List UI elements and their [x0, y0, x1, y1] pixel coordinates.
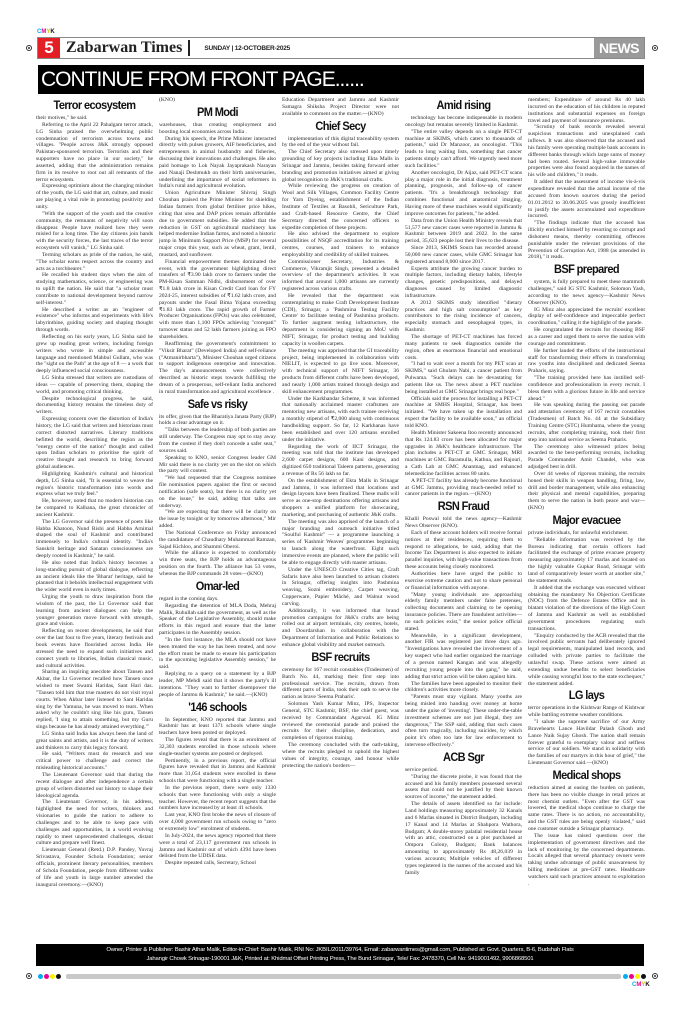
article-headline: Chief Secy [282, 120, 399, 133]
article-paragraph: Reflecting on recent developments, he sa… [36, 628, 153, 669]
article-paragraph: A PET-CT facility has already become fun… [405, 478, 522, 499]
article-headline: ACB Sgr [405, 752, 522, 765]
registration-mark-bottom-right [652, 973, 658, 979]
article-paragraph: "Many young individuals are approaching … [405, 592, 522, 633]
article-paragraph: He also advised the department to explor… [282, 231, 399, 258]
article-columns: Terror ecosystemtheir motives," he said.… [36, 97, 646, 933]
article-headline: LG lays [528, 690, 645, 703]
article-paragraph: He said, "Writers must do research and u… [36, 751, 153, 772]
section-tag: NEWS [594, 38, 644, 58]
article-paragraph: He also noted that India's history becom… [36, 560, 153, 594]
magenta-swatch [629, 974, 634, 979]
article-paragraph: "We are expecting that there will be cla… [159, 509, 276, 530]
cyan-swatch [38, 974, 43, 979]
article-paragraph: Additionally, it was informed that brand… [282, 608, 399, 649]
page-banner: CONTINUE FROM FRONT PAGE...... [38, 65, 644, 94]
registration-mark-top-left [26, 45, 32, 51]
article-paragraph: He was speaking during the passing out p… [528, 402, 645, 443]
article-headline: Terror ecosystem [36, 100, 153, 113]
article-paragraph: Union Agriculture Minister Shivraj Singh… [159, 190, 276, 258]
article-paragraph: Regarding the detention of MLA Doda, Meh… [159, 603, 276, 637]
article-paragraph: LG Sinha stressed that writers are custo… [36, 375, 153, 396]
article-paragraph: Health Minister Sakeena Itoo recently an… [405, 430, 522, 478]
article-headline: BSF recruits [282, 652, 399, 665]
article-paragraph: regard in the coming days. [159, 596, 276, 603]
cmyk-label-bottom: CMYK [632, 982, 650, 988]
article-paragraph: The ceremony concluded with the oath-tak… [282, 742, 399, 769]
article-paragraph: Over 44 weeks of rigorous training, the … [528, 471, 645, 512]
imprint-line-2: Jahangir Chowk Srinagar-190001 J&K, Prin… [36, 955, 644, 964]
article-paragraph: Each of these account holders will recei… [405, 530, 522, 571]
article-headline: Amid rising [405, 100, 522, 113]
article-paragraph: "We had requested that the Congress nomi… [159, 475, 276, 509]
registration-mark-bottom-left [26, 973, 32, 979]
article-paragraph: He, however, noted that no modern histor… [36, 498, 153, 519]
article-paragraph: "During the discrete probe, it was found… [405, 774, 522, 801]
article-paragraph: On the establishment of Ekta Malls in Sr… [282, 478, 399, 519]
article-paragraph: Replying to a query on a statement by a … [159, 671, 276, 698]
article-paragraph: Highlighting Kashmir's cultural and hist… [36, 471, 153, 498]
article-paragraph: Referring to the April 22 Pahalgam terro… [36, 122, 153, 184]
article-paragraph: While reviewing the progress on creation… [282, 183, 399, 231]
article-paragraph: technology has become indispensable in m… [405, 115, 522, 129]
cmyk-label-top: CMYK [37, 29, 55, 35]
black-swatch [56, 974, 61, 979]
article-headline: Major evacuee [528, 515, 645, 528]
article-paragraph: In July-2024, the news agency reported t… [159, 833, 276, 860]
article-headline: BSF prepared [528, 264, 645, 277]
article-paragraph: Lieutenant General (Retd.) D.P. Pandey, … [36, 847, 153, 888]
article-paragraph: The National Conference on Friday announ… [159, 530, 276, 551]
imprint-line-1: Owner, Printer & Publisher: Bashir Athar… [36, 946, 644, 955]
article-paragraph: its offer, given that the Bharatiya Jana… [159, 414, 276, 428]
column-2: (KNO)PM Modiwarehouses, thus creating em… [159, 97, 276, 933]
article-paragraph: ceremony for 167 recruit constables (Tra… [282, 667, 399, 701]
article-paragraph: The figures reveal that there is an enro… [159, 737, 276, 758]
color-bar-right [623, 974, 647, 979]
article-paragraph: "I had to wait over a month for my PET s… [405, 361, 522, 395]
article-paragraph: Terming scholars as pride of the nation,… [36, 252, 153, 273]
article-paragraph: A 2012 SKIMS study identified "dietary p… [405, 300, 522, 334]
article-paragraph: During his speech, the Prime Minister in… [159, 136, 276, 191]
article-paragraph: Pertinently, in a previous report, the o… [159, 758, 276, 785]
article-paragraph: Despite repeated calls, Secretary, Schoo… [159, 860, 276, 867]
article-paragraph: Expressing optimism about the changing m… [36, 183, 153, 210]
article-headline: Safe vs risky [159, 398, 276, 411]
article-paragraph: Experts attribute the growing cancer bur… [405, 266, 522, 300]
article-paragraph: The families have been appealed to monit… [405, 681, 522, 695]
article-paragraph: While the alliance is expected to comfor… [159, 550, 276, 577]
article-paragraph: Solomon Yash Kumar Minz, IPS, Inspector … [282, 701, 399, 742]
article-paragraph: He revealed that the department was cont… [282, 293, 399, 348]
article-paragraph: Financial empowerment themes dominated t… [159, 259, 276, 341]
grey-strip [66, 974, 621, 979]
article-paragraph: Urging the youth to draw inspiration fro… [36, 594, 153, 628]
article-paragraph: IG Minz also appreciated the recruits' e… [528, 307, 645, 328]
article-paragraph: The meeting was also apprised of the lau… [282, 519, 399, 567]
article-paragraph: Under the Karkhandar Scheme, it was info… [282, 396, 399, 444]
article-paragraph: (KNO) [159, 97, 276, 104]
article-paragraph: "The training provided here has instille… [528, 375, 645, 402]
article-paragraph: "The entire valley depends on a single P… [405, 129, 522, 170]
article-paragraph: He further lauded the efforts of the ins… [528, 348, 645, 375]
article-paragraph: The ceremony also witnessed prizes being… [528, 444, 645, 471]
article-paragraph: Speaking to KNO, senior Congress leader … [159, 455, 276, 476]
article-paragraph: Last year, KNO first broke the news of c… [159, 812, 276, 833]
article-paragraph: The details of assets identified so far … [405, 801, 522, 876]
article-paragraph: implementation of this digital traceabil… [282, 136, 399, 150]
column-3: Education Department and Jammu and Kashm… [282, 97, 399, 933]
article-paragraph: "Reliable information was received by th… [528, 537, 645, 585]
article-paragraph: LG Sinha said India has always been the … [36, 731, 153, 752]
article-paragraph: The meeting was apprised that the GI tra… [282, 348, 399, 396]
article-paragraph: Expressing concern over the distortion o… [36, 416, 153, 471]
article-paragraph: He recalled his student days when the ai… [36, 272, 153, 306]
article-headline: '146 schools [159, 701, 276, 714]
paper-name: Zabarwan Times [60, 40, 190, 56]
article-paragraph: Authorities here have urged the public t… [405, 571, 522, 592]
article-paragraph: Regarding the work of IICT Srinagar, the… [282, 444, 399, 478]
article-paragraph: Another oncologist, Dr Aijaz, said PET-C… [405, 170, 522, 218]
article-headline: PM Modi [159, 107, 276, 120]
article-paragraph: "Talks between the leadership of both pa… [159, 427, 276, 454]
article-paragraph: "Parents must stay vigilant. Many youths… [405, 694, 522, 749]
color-bar-left [38, 974, 62, 979]
article-paragraph: The Lieutenant Governor, in his address,… [36, 799, 153, 847]
article-paragraph: warehouses, thus creating employment and… [159, 122, 276, 136]
article-headline: Omar-led [159, 581, 276, 594]
article-paragraph: "The findings indicate that the accused … [528, 220, 645, 261]
article-paragraph: In September, KNO reported that Jammu an… [159, 717, 276, 738]
article-paragraph: Education Department and Jammu and Kashm… [282, 97, 399, 118]
article-paragraph: members; Expenditure of around Rs 40 lak… [528, 97, 645, 124]
article-paragraph: "Enquiry conducted by the ACB revealed t… [528, 633, 645, 688]
article-paragraph: The Chief Secretary also stressed upon t… [282, 149, 399, 183]
article-paragraph: It added that the exchange was executed … [528, 585, 645, 633]
black-swatch [641, 974, 646, 979]
article-paragraph: Khalil Poswal told the news agency—Kashm… [405, 516, 522, 530]
page-number: 5 [38, 38, 60, 58]
dateline: SUNDAY | 12-OCTOBER-2025 [190, 38, 594, 58]
article-paragraph: "Scrutiny of bank records revealed sever… [528, 124, 645, 179]
article-paragraph: terror operations in the Kishtwar Range … [528, 705, 645, 719]
article-paragraph: "With the support of the youth and the c… [36, 211, 153, 252]
article-paragraph: reduction aimed at easing the burden on … [528, 785, 645, 833]
registration-mark-top-right [652, 45, 658, 51]
article-paragraph: He congratulated the recruits for choosi… [528, 327, 645, 348]
article-headline: RSN Fraud [405, 501, 522, 514]
article-paragraph: The issue has raised questions over the … [528, 833, 645, 888]
column-1: Terror ecosystemtheir motives," he said.… [36, 97, 153, 933]
cyan-swatch [623, 974, 628, 979]
article-paragraph: It added that the assessment of income v… [528, 179, 645, 220]
article-paragraph: Despite technological progress, he said,… [36, 396, 153, 417]
article-paragraph: private individuals, for unlawful enrich… [528, 530, 645, 537]
article-paragraph: Meanwhile, in a significant development,… [405, 633, 522, 681]
article-paragraph: Sharing an inspiring anecdote about Tans… [36, 669, 153, 731]
article-paragraph: Under the UNESCO Creative Cities tag, Cr… [282, 567, 399, 608]
article-paragraph: "I salute the supreme sacrifice of our A… [528, 719, 645, 767]
article-paragraph: The Lieutenant Governor said that during… [36, 772, 153, 799]
article-headline: Medical shops [528, 770, 645, 783]
article-paragraph: The shortage of PET-CT machines has forc… [405, 334, 522, 361]
column-5: members; Expenditure of around Rs 40 lak… [528, 97, 645, 933]
article-paragraph: Reflecting on his early years, LG Sinha … [36, 334, 153, 375]
article-paragraph: system, is fully prepared to meet these … [528, 279, 645, 306]
article-paragraph: He described a writer as an "engineer of… [36, 307, 153, 334]
column-4: Amid risingtechnology has become indispe… [405, 97, 522, 933]
article-paragraph: In the previous report, there were only … [159, 785, 276, 812]
article-paragraph: The LG Governor said the presence of poe… [36, 519, 153, 560]
yellow-swatch [635, 974, 640, 979]
article-paragraph: Commissioner Secretary, Industries & Com… [282, 259, 399, 293]
article-paragraph: Data from the Union Health Ministry reve… [405, 218, 522, 245]
yellow-swatch [50, 974, 55, 979]
article-paragraph: Officials said the process for installin… [405, 396, 522, 430]
magenta-swatch [44, 974, 49, 979]
masthead: 5 Zabarwan Times SUNDAY | 12-OCTOBER-202… [37, 37, 645, 59]
article-paragraph: their motives," he said. [36, 115, 153, 122]
article-paragraph: Since 2013, SKIMS Soura has recorded aro… [405, 245, 522, 266]
article-paragraph: service period. [405, 767, 522, 774]
imprint-footer: Owner, Printer & Publisher: Bashir Athar… [36, 944, 644, 966]
article-paragraph: Reaffirming the government's commitment … [159, 341, 276, 396]
article-paragraph: "In the first instance, the MLA should n… [159, 637, 276, 671]
